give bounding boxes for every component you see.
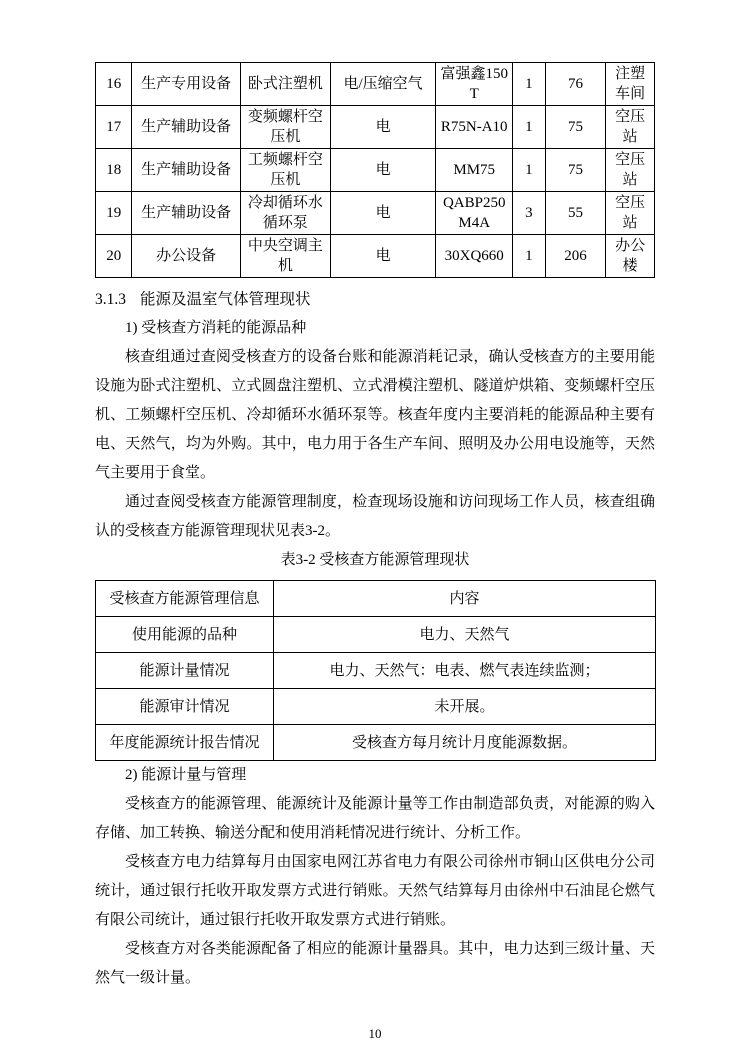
cell-category: 生产辅助设备 — [132, 149, 240, 192]
equipment-row: 18 生产辅助设备 工频螺杆空压机 电 MM75 1 75 空压站 — [96, 149, 655, 192]
cell-energy: 电/压缩空气 — [330, 63, 435, 106]
cell-category: 生产专用设备 — [132, 63, 240, 106]
cell-no: 17 — [96, 106, 132, 149]
paragraph-settlement: 受核查方电力结算每月由国家电网江苏省电力有限公司徐州市铜山区供电分公司统计，通过… — [95, 848, 655, 935]
cell-model: QABP250M4A — [436, 192, 513, 235]
page-number: 10 — [0, 1026, 750, 1042]
cell-info-content: 电力、天然气：电表、燃气表连续监测； — [274, 653, 656, 689]
cell-info-label: 能源计量情况 — [96, 653, 274, 689]
paragraph-management-status: 通过查阅受核查方能源管理制度，检查现场设施和访问现场工作人员，核查组确认的受核查… — [95, 488, 655, 546]
cell-category: 办公设备 — [132, 235, 240, 278]
cell-info-content: 未开展。 — [274, 689, 656, 725]
energy-table-row: 年度能源统计报告情况 受核查方每月统计月度能源数据。 — [96, 725, 656, 761]
cell-model: 富强鑫150T — [436, 63, 513, 106]
cell-name: 卧式注塑机 — [240, 63, 330, 106]
cell-power: 206 — [545, 235, 606, 278]
cell-no: 16 — [96, 63, 132, 106]
cell-info-content: 内容 — [274, 581, 656, 617]
equipment-row: 16 生产专用设备 卧式注塑机 电/压缩空气 富强鑫150T 1 76 注塑车间 — [96, 63, 655, 106]
paragraph-metering-devices: 受核查方对各类能源配备了相应的能源计量器具。其中，电力达到三级计量、天然气一级计… — [95, 935, 655, 993]
cell-name: 工频螺杆空压机 — [240, 149, 330, 192]
cell-power: 75 — [545, 149, 606, 192]
cell-qty: 3 — [513, 192, 545, 235]
cell-location: 空压站 — [606, 149, 655, 192]
cell-energy: 电 — [330, 235, 435, 278]
cell-model: R75N-A10 — [436, 106, 513, 149]
cell-info-content: 电力、天然气 — [274, 617, 656, 653]
section-heading: 3.1.3能源及温室气体管理现状 — [95, 286, 655, 314]
page-content: 16 生产专用设备 卧式注塑机 电/压缩空气 富强鑫150T 1 76 注塑车间… — [95, 62, 655, 993]
cell-info-content: 受核查方每月统计月度能源数据。 — [274, 725, 656, 761]
cell-qty: 1 — [513, 149, 545, 192]
cell-power: 55 — [545, 192, 606, 235]
cell-no: 20 — [96, 235, 132, 278]
energy-table-row: 使用能源的品种 电力、天然气 — [96, 617, 656, 653]
cell-info-label: 年度能源统计报告情况 — [96, 725, 274, 761]
cell-location: 办公楼 — [606, 235, 655, 278]
cell-info-label: 能源审计情况 — [96, 689, 274, 725]
subsection-2-heading: 2) 能源计量与管理 — [95, 761, 655, 790]
equipment-row: 20 办公设备 中央空调主机 电 30XQ660 1 206 办公楼 — [96, 235, 655, 278]
cell-energy: 电 — [330, 192, 435, 235]
cell-model: 30XQ660 — [436, 235, 513, 278]
cell-no: 19 — [96, 192, 132, 235]
paragraph-metering-responsibility: 受核查方的能源管理、能源统计及能源计量等工作由制造部负责，对能源的购入存储、加工… — [95, 790, 655, 848]
section-number: 3.1.3 — [95, 291, 126, 308]
cell-qty: 1 — [513, 235, 545, 278]
energy-table-row: 能源计量情况 电力、天然气：电表、燃气表连续监测； — [96, 653, 656, 689]
section-title: 能源及温室气体管理现状 — [140, 291, 311, 308]
equipment-row: 19 生产辅助设备 冷却循环水循环泵 电 QABP250M4A 3 55 空压站 — [96, 192, 655, 235]
cell-qty: 1 — [513, 63, 545, 106]
document-page: 16 生产专用设备 卧式注塑机 电/压缩空气 富强鑫150T 1 76 注塑车间… — [0, 0, 750, 1061]
cell-location: 注塑车间 — [606, 63, 655, 106]
cell-energy: 电 — [330, 106, 435, 149]
subsection-1-heading: 1) 受核查方消耗的能源品种 — [95, 314, 655, 343]
equipment-row: 17 生产辅助设备 变频螺杆空压机 电 R75N-A10 1 75 空压站 — [96, 106, 655, 149]
cell-category: 生产辅助设备 — [132, 106, 240, 149]
cell-name: 变频螺杆空压机 — [240, 106, 330, 149]
cell-info-label: 受核查方能源管理信息 — [96, 581, 274, 617]
cell-power: 75 — [545, 106, 606, 149]
energy-table-row: 受核查方能源管理信息 内容 — [96, 581, 656, 617]
cell-location: 空压站 — [606, 192, 655, 235]
cell-energy: 电 — [330, 149, 435, 192]
cell-model: MM75 — [436, 149, 513, 192]
cell-category: 生产辅助设备 — [132, 192, 240, 235]
cell-name: 冷却循环水循环泵 — [240, 192, 330, 235]
cell-no: 18 — [96, 149, 132, 192]
energy-table-row: 能源审计情况 未开展。 — [96, 689, 656, 725]
table-3-2-caption: 表3-2 受核查方能源管理现状 — [95, 546, 655, 575]
equipment-table: 16 生产专用设备 卧式注塑机 电/压缩空气 富强鑫150T 1 76 注塑车间… — [95, 62, 655, 278]
energy-management-table: 受核查方能源管理信息 内容 使用能源的品种 电力、天然气 能源计量情况 电力、天… — [95, 580, 656, 761]
cell-info-label: 使用能源的品种 — [96, 617, 274, 653]
cell-location: 空压站 — [606, 106, 655, 149]
cell-power: 76 — [545, 63, 606, 106]
cell-qty: 1 — [513, 106, 545, 149]
paragraph-energy-types: 核查组通过查阅受核查方的设备台账和能源消耗记录，确认受核查方的主要用能设施为卧式… — [95, 343, 655, 488]
cell-name: 中央空调主机 — [240, 235, 330, 278]
